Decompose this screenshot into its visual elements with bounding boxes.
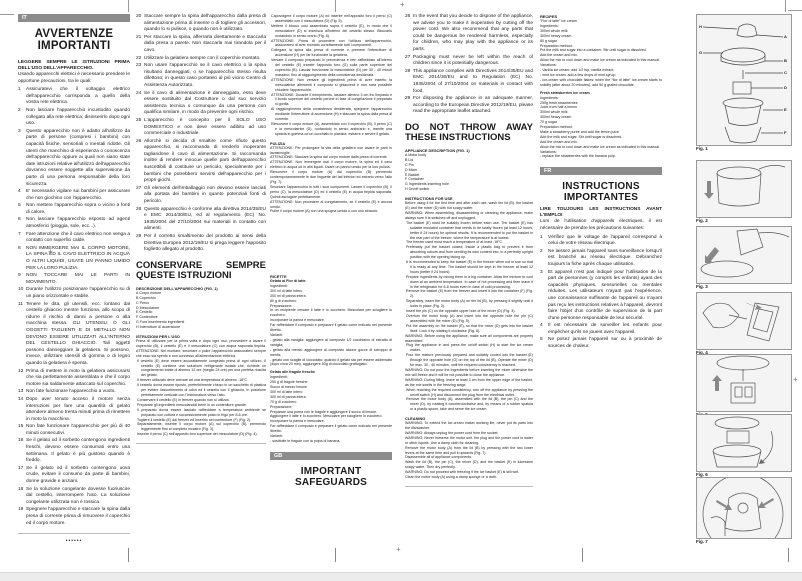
item-text: Se il cavo di alimentazione è danneggiat…	[144, 91, 266, 117]
item-text: This appliance complies with Directives …	[413, 69, 533, 95]
crop-mark	[128, 548, 129, 562]
item-text: L'apparecchio è concepito per il SOLO US…	[144, 118, 266, 138]
item-text: Spegnere l'apparecchio e staccare la spi…	[26, 507, 130, 527]
svg-text:E: E	[784, 107, 787, 112]
item-text: Gli elementi dell'imballaggio non devono…	[144, 186, 266, 206]
list-item: 20Staccare sempre la spina dell'apparecc…	[136, 14, 266, 34]
text-line: ATTENZIONE: Prima di procedere con l'uti…	[270, 39, 392, 49]
item-number: 3	[18, 129, 26, 188]
lock-assembly-illustration	[697, 415, 791, 471]
text-line: Allow the mix to cool down and make ice …	[540, 58, 662, 63]
item-number: 4	[18, 189, 26, 202]
italian-use-bullets: Il cestello (E) deve essere accuratament…	[136, 359, 266, 438]
crop-mark	[0, 14, 14, 15]
item-text: Non fate funzionare l'apparecchio a vuot…	[26, 389, 130, 396]
item-text: Questo apparecchio è conforme alla diret…	[144, 207, 266, 233]
list-item: 4Il est nécessaire de surveiller les enf…	[540, 323, 662, 336]
text-line: - sostituite le fragole con la polpa di …	[270, 439, 392, 444]
svg-text:B: B	[784, 58, 787, 63]
english-keep-title: DO NOT THROW AWAY THESE INSTRUCTIONS	[405, 123, 533, 143]
english-column: 26In the event that you decide to dispos…	[405, 14, 533, 487]
text-line: WARNING: Never immerse the motor unit, t…	[405, 436, 533, 446]
item-text: NON IMMERGERE MAI IL CORPO MOTORE, LA SP…	[26, 246, 130, 272]
list-item: 26In the event that you decide to dispos…	[405, 14, 533, 54]
item-number: 16	[18, 438, 26, 464]
figure-1-exploded-view: H A G B C D E F	[696, 14, 792, 146]
english-clean-list: WARNING: To extend the ice-cream maker w…	[405, 421, 533, 480]
ice-cream-maker-exploded-illustration: H A G B C D E F	[697, 15, 791, 145]
registration-mark: +	[396, 545, 401, 554]
figure-3-label: Fig. 3	[696, 284, 708, 289]
item-text: Questo apparecchio non è adatto all'util…	[26, 129, 130, 188]
list-item: 3Et appareil n'est pas indiqué pour l'ut…	[540, 270, 662, 323]
figure-1-label: Fig. 1	[696, 146, 708, 151]
text-line: - gelato alla menta: aggiungere al compo…	[270, 348, 392, 358]
figure-5	[696, 354, 792, 412]
text-line: Capovolgere il corpo motore (A) ed inser…	[270, 14, 392, 24]
text-line: Versare il composto preparato in precede…	[270, 58, 392, 78]
french-lead: LIRE TOUJOURS LES INSTRUCTIONS AVANT L'E…	[540, 207, 662, 219]
item-number: 22	[136, 56, 144, 63]
list-item: 12Prima di mettere in moto la gelatiera …	[18, 369, 130, 389]
italian-column-2: 20Staccare sempre la spina dell'apparecc…	[136, 14, 266, 444]
text-line: Plug the appliance in and press the on/o…	[405, 343, 533, 353]
item-number: 28	[136, 207, 144, 233]
language-badge-it: IT	[18, 14, 130, 22]
item-number: 8	[18, 246, 26, 272]
figure-3	[696, 226, 792, 284]
list-item: 14Dopo aver tenuto acceso il motore senz…	[18, 397, 130, 423]
text-line: Prepare ingredients by mixing them in a …	[405, 275, 533, 290]
list-item: 23Non usare l'apparecchio se il cavo ele…	[136, 63, 266, 89]
item-number: 24	[136, 91, 144, 117]
end-mark: ••••••	[18, 538, 130, 544]
list-item: 18Se la soluzione congelante dovesse fuo…	[18, 487, 130, 507]
item-number: 1	[540, 235, 548, 248]
text-line: Separatamente, inserire il corpo motore …	[136, 422, 266, 432]
italian-lead: LEGGERE SEMPRE LE ISTRUZIONI PRIMA DELL'…	[18, 60, 130, 72]
item-text: Staccare sempre la spina dell'apparecchi…	[144, 14, 266, 34]
item-text: In the event that you decide to dispose …	[413, 14, 533, 54]
english-use-bullets: The basket (E) must be suitably frozen b…	[405, 221, 533, 334]
english-warning: WARNING: Before using the appliance, mak…	[405, 334, 533, 344]
item-text: Ne laissez jamais l'appareil sans survei…	[548, 249, 662, 269]
text-line: In un recipiente versare il latte e lo z…	[270, 308, 392, 318]
list-item: 17Se il gelato od il sorbetto contengono…	[18, 466, 130, 486]
english-use-bullets-2: Plug the appliance in and press the on/o…	[405, 343, 533, 368]
text-line: Inserire il perno (C) nell'apposito foro…	[136, 432, 266, 437]
item-text: Non lasciare l'apparecchio incustodito q…	[26, 108, 130, 128]
text-line: ATTENZIONE: Non immergere mai il corpo m…	[270, 160, 392, 170]
list-item: 19Spegnere l'apparecchio e staccare la s…	[18, 507, 130, 527]
pin-insert-illustration	[697, 293, 791, 349]
text-line: Pulire il corpo motore (A) con una spugn…	[270, 209, 392, 214]
item-number: 27	[136, 186, 144, 206]
list-item: 5Ne posez jamais l'appareil sur ou à pro…	[540, 337, 662, 350]
italian-safety-list: 1Assicuratevi che il voltaggio elettrico…	[18, 87, 130, 527]
item-text: NON TOCCARE MAI LE PARTI IN MOVIMENTO.	[26, 273, 130, 286]
item-text: Allorchè si decida di smaltire come rifi…	[144, 139, 266, 185]
list-item: 25L'apparecchio è concepito per il SOLO …	[136, 118, 266, 138]
list-item: 1Vérifiez que le voltage de l'appareil c…	[540, 235, 662, 248]
svg-text:A: A	[784, 34, 787, 39]
crop-mark	[335, 548, 336, 562]
italian-column-3: Capovolgere il corpo motore (A) ed inser…	[270, 14, 392, 214]
text-line: When reaching the required consistency, …	[405, 388, 533, 398]
french-safety-list: 1Vérifiez que le voltage de l'appareil c…	[540, 235, 662, 351]
registration-mark: +	[400, 0, 405, 9]
english-header: GB IMPORTANT SAFEGUARDS	[270, 452, 392, 492]
english-recipe2: Ingredients:250g fresh strawberriesJuice…	[540, 96, 662, 160]
item-text: Vérifiez que le voltage de l'appareil co…	[548, 235, 662, 248]
list-item: 6Non lasciare l'apparecchio esposto ad a…	[18, 217, 130, 230]
figure-7-label: Fig. 7	[696, 539, 708, 544]
french-title: INSTRUCTIONS IMPORTANTES	[540, 181, 662, 203]
text-line: - replace the strawberries with the bana…	[540, 154, 662, 159]
manual-spread: + + + + IT AVVERTENZE IMPORTANTI LEGGERE…	[0, 0, 802, 581]
divider	[405, 486, 533, 487]
english-warning: WARNING: Do not pour the ingredients bef…	[405, 368, 533, 378]
text-line: It is recommended to keep the basket (E)…	[405, 260, 533, 275]
text-line: Allow the mix to cool down and make ice …	[540, 145, 662, 150]
list-item: 13Non fate funzionare l'apparecchio a vu…	[18, 389, 130, 396]
motor-removal-illustration	[697, 478, 791, 538]
italian-use-steps: Capovolgere il corpo motore (A) ed inser…	[270, 14, 392, 137]
figure-7	[696, 477, 792, 539]
figure-4	[696, 292, 792, 350]
italian-recipe1: Ingredienti:300 ml di latte intero300 ml…	[270, 284, 392, 367]
text-line: Collegare la spina alla presa di corrent…	[270, 48, 392, 58]
list-item: 24Se il cavo di alimentazione è danneggi…	[136, 91, 266, 117]
registration-mark: +	[793, 375, 798, 384]
list-item: 29For disposing the appliance in an adeq…	[405, 96, 533, 116]
text-line: Il preparato dovrà essere lasciato raffr…	[136, 408, 266, 418]
divider	[136, 443, 266, 444]
item-number: 15	[18, 424, 26, 437]
item-number: 26	[136, 139, 144, 185]
text-line: Mettere il blocco così assemblato sopra …	[270, 24, 392, 39]
list-item: 2Non lasciare l'apparecchio incustodito …	[18, 108, 130, 128]
text-line: Far raffreddare il composto e preparare …	[270, 424, 392, 434]
text-line: ATTENZIONE: Per prolungare la vita della…	[270, 146, 392, 156]
text-line: Wash the lid (B), the pin (C), the mixer…	[405, 460, 533, 470]
list-item: 11Tenere le dita, gli utensili, ecc. lon…	[18, 302, 130, 368]
item-number: 29	[405, 96, 413, 116]
text-line: Clean the motor body (A) using a damp sp…	[405, 475, 533, 480]
text-line: H Interruttore di accensione	[136, 325, 266, 330]
text-line: Far raffreddare il composto e preparare …	[270, 323, 392, 333]
text-line: Put the assembly on the basket (E), so t…	[405, 324, 533, 334]
list-item: 27Packaging must never be left within th…	[405, 55, 533, 68]
french-intro: Lors de l'utilisation d'appareils électr…	[540, 219, 662, 232]
svg-text:G: G	[699, 50, 702, 55]
item-text: E' necessario vigilare sui bambini per a…	[26, 189, 130, 202]
text-line: H On/off switch	[405, 187, 533, 192]
item-text: Prima di mettere in moto la gelatiera as…	[26, 369, 130, 389]
figure-2-label: Fig. 2	[696, 218, 708, 223]
figure-2	[696, 160, 792, 218]
svg-text:F: F	[784, 130, 787, 135]
list-item: 4E' necessario vigilare sui bambini per …	[18, 189, 130, 202]
item-number: 13	[18, 389, 26, 396]
item-number: 25	[136, 118, 144, 138]
english-parts-list: A Motor bodyB LidC PinD MixerE BasketF C…	[405, 153, 533, 192]
text-line: - gelato alla vaniglia: aggiungere al co…	[270, 338, 392, 348]
list-item: 22Utilizzare la gelatiera sempre con il …	[136, 56, 266, 63]
item-text: Assicuratevi che il voltaggio elettrico …	[26, 87, 130, 107]
text-line: Remove the basket (E) from the freezer a…	[405, 289, 533, 299]
item-text: Packaging must never be left within the …	[413, 55, 533, 68]
item-number: 2	[540, 249, 548, 269]
item-number: 6	[18, 217, 26, 230]
svg-text:H: H	[699, 24, 702, 29]
text-line: ATTENZIONE: Non procedere al congelament…	[270, 200, 392, 210]
item-text: Tenere le dita, gli utensili, ecc. lonta…	[26, 302, 130, 368]
figure-6	[696, 414, 792, 472]
list-item: 1Assicuratevi che il voltaggio elettrico…	[18, 87, 130, 107]
item-number: 9	[18, 273, 26, 286]
item-text: Fare attenzione che il cavo elettrico no…	[26, 232, 130, 245]
english-title: IMPORTANT SAFEGUARDS	[270, 466, 392, 488]
italian-safety-list-cont: 20Staccare sempre la spina dell'apparecc…	[136, 14, 266, 254]
item-text: For disposing the appliance in an adequa…	[413, 96, 533, 116]
list-item: 15Non fate funzionare l'apparecchio per …	[18, 424, 130, 437]
text-line: WARNING: To extend the ice-cream maker w…	[405, 421, 533, 431]
item-text: Se il gelato od il sorbetto contengono u…	[26, 466, 130, 486]
item-number: 28	[405, 69, 413, 95]
list-item: 27Gli elementi dell'imballaggio non devo…	[136, 186, 266, 206]
list-item: 2Ne laissez jamais l'appareil sans surve…	[540, 249, 662, 269]
item-text: Se la soluzione congelante dovesse fuori…	[26, 487, 130, 507]
crop-mark	[788, 10, 802, 11]
item-number: 5	[18, 203, 26, 216]
italian-parts-list: A Corpo motoreB CoperchioC PernoD Mescol…	[136, 291, 266, 330]
list-item: 28Questo apparecchio è conforme alla dir…	[136, 207, 266, 233]
item-number: 21	[136, 35, 144, 55]
english-recipe1: Ingredients:300ml whole milk300ml heavy …	[540, 24, 662, 88]
item-number: 5	[540, 337, 548, 350]
item-number: 14	[18, 397, 26, 423]
item-text: Dopo aver tenuto acceso il motore senza …	[26, 397, 130, 423]
list-item: 7Fare attenzione che il cavo elettrico n…	[18, 232, 130, 245]
svg-text:D: D	[784, 85, 787, 90]
item-number: 1	[18, 87, 26, 107]
list-item: 26Allorchè si decida di smaltire come ri…	[136, 139, 266, 185]
text-line: Separately, insert the motor body (A) on…	[405, 299, 533, 309]
item-number: 29	[136, 234, 144, 254]
item-text: Ne posez jamais l'appareil sur ou à prox…	[548, 337, 662, 350]
list-item: 5Non mettere l'apparecchio sopra o vicin…	[18, 203, 130, 216]
item-number: 11	[18, 302, 26, 368]
item-number: 4	[540, 323, 548, 336]
english-recipes-column: RECIPES "Fior di latte" ice cream Ingred…	[540, 14, 662, 352]
item-number: 26	[405, 14, 413, 54]
item-text: Et appareil n'est pas indiqué pour l'uti…	[548, 270, 662, 323]
text-line: - Ice-cream with chocolate flakes: when …	[540, 78, 662, 88]
list-item: 10Durante l'utilizzo posizionare l'appar…	[18, 287, 130, 300]
italian-use-text: Prima di utilizzare per la prima volta e…	[136, 339, 266, 359]
page-bottom-edge	[0, 572, 802, 581]
item-number: 19	[18, 507, 26, 527]
list-item: 3Questo apparecchio non è adatto all'uti…	[18, 129, 130, 188]
divider	[18, 533, 130, 534]
item-text: Per il corretto smaltimento del prodotto…	[144, 234, 266, 254]
basket-insertion-illustration	[697, 161, 791, 217]
text-line: - gelato con scaglie di cioccolato: quan…	[270, 358, 392, 368]
item-text: Utilizzare la gelatiera sempre con il co…	[144, 56, 266, 63]
item-text: Durante l'utilizzo posizionare l'apparec…	[26, 287, 130, 300]
english-use-text: Before using it for the first time and a…	[405, 201, 533, 211]
list-item: 21Per staccare la spina, afferrarla dire…	[136, 35, 266, 55]
text-line: Al raggiungimento della consistenza desi…	[270, 107, 392, 122]
crop-mark	[335, 0, 336, 12]
item-text: Non usare l'apparecchio se il cavo elett…	[144, 63, 266, 89]
text-line: Overturn the motor body (A) and insert i…	[405, 314, 533, 324]
item-number: 2	[18, 108, 26, 128]
motor-attach-illustration	[697, 227, 791, 283]
italian-intro: Usando apparecchi elettrici è necessario…	[18, 72, 130, 85]
svg-text:C: C	[784, 70, 787, 75]
list-item: 16Se il gelato od il sorbetto contengono…	[18, 438, 130, 464]
text-line: Rimuovere il corpo motore (A), assemblat…	[270, 122, 392, 137]
item-number: 7	[18, 232, 26, 245]
italian-keep-title: CONSERVARE SEMPRE QUESTE ISTRUZIONI	[136, 261, 266, 281]
item-number: 3	[540, 270, 548, 323]
text-line: Il cestello (E) deve essere accuratament…	[136, 359, 266, 379]
crop-mark	[582, 548, 583, 562]
text-line: Smontare l'apparecchio in tutti i suoi c…	[270, 185, 392, 200]
item-number: 20	[136, 14, 144, 34]
item-number: 18	[18, 487, 26, 507]
item-number: 23	[136, 63, 144, 89]
crop-mark	[788, 548, 789, 562]
item-text: Non lasciare l'apparecchio esposto ad ag…	[26, 217, 130, 230]
item-text: Il est nécessaire de surveiller les enfa…	[548, 323, 662, 336]
text-line: Remove the motor body (A) from the lid (…	[405, 446, 533, 456]
list-item: 28This appliance complies with Directive…	[405, 69, 533, 95]
item-text: Se il gelato od il sorbetto contengono i…	[26, 438, 130, 464]
crop-mark	[128, 0, 129, 12]
italian-recipe2: Ingredienti:250 g di fragole frescheSucc…	[270, 375, 392, 444]
item-number: 10	[18, 287, 26, 300]
english-warning: WARNING: When assembling, disassembling …	[405, 211, 533, 221]
text-line: Preferably put the basket closed, inside…	[405, 245, 533, 260]
list-item: 8NON IMMERGERE MAI IL CORPO MOTORE, LA S…	[18, 246, 130, 272]
crop-mark	[785, 0, 786, 12]
text-line: Remove the motor body (A), assembled wit…	[405, 397, 533, 412]
text-line: Rimuovere il corpo motore (A) dal coperc…	[270, 170, 392, 185]
italian-title: AVVERTENZE IMPORTANTI	[18, 28, 130, 52]
language-badge-gb: GB	[270, 452, 392, 460]
mixer-insert-illustration	[697, 355, 791, 411]
item-number: 27	[405, 55, 413, 68]
text-line: Pour the mixture previously prepared and…	[405, 353, 533, 368]
item-text: Non fate funzionare l'apparecchio per pi…	[26, 424, 130, 437]
item-number: 17	[18, 466, 26, 486]
list-item: 9NON TOCCARE MAI LE PARTI IN MOVIMENTO.	[18, 273, 130, 286]
english-use-bullets-3: When reaching the required consistency, …	[405, 388, 533, 413]
item-text: Per staccare la spina, afferrarla dirett…	[144, 35, 266, 55]
item-text: Non mettere l'apparecchio sopra o vicino…	[26, 203, 130, 216]
italian-clean-list: ATTENZIONE: Per prolungare la vita della…	[270, 146, 392, 215]
text-line: Preparare gli ingredienti mescolandoli b…	[136, 403, 266, 408]
item-number: 12	[18, 369, 26, 389]
text-line: ATTENZIONE: Non versare gli ingredienti …	[270, 78, 392, 93]
text-line: Il cestello dovrà essere riposto, prefer…	[136, 383, 266, 398]
text-line: The basket (E) must be suitably frozen b…	[405, 221, 533, 241]
list-item: 29Per il corretto smaltimento del prodot…	[136, 234, 266, 254]
language-badge-fr: FR	[540, 167, 662, 175]
english-safety-list: 26In the event that you decide to dispos…	[405, 14, 533, 116]
italian-column-1: IT AVVERTENZE IMPORTANTI LEGGERE SEMPRE …	[18, 14, 130, 544]
italian-recipes: RICETTE Gelato al Fior di latte Ingredie…	[270, 270, 392, 444]
text-line: ATTENZIONE: Durante il riempimento, lasc…	[270, 93, 392, 108]
english-warning: WARNING: During filling, leave at least …	[405, 378, 533, 388]
